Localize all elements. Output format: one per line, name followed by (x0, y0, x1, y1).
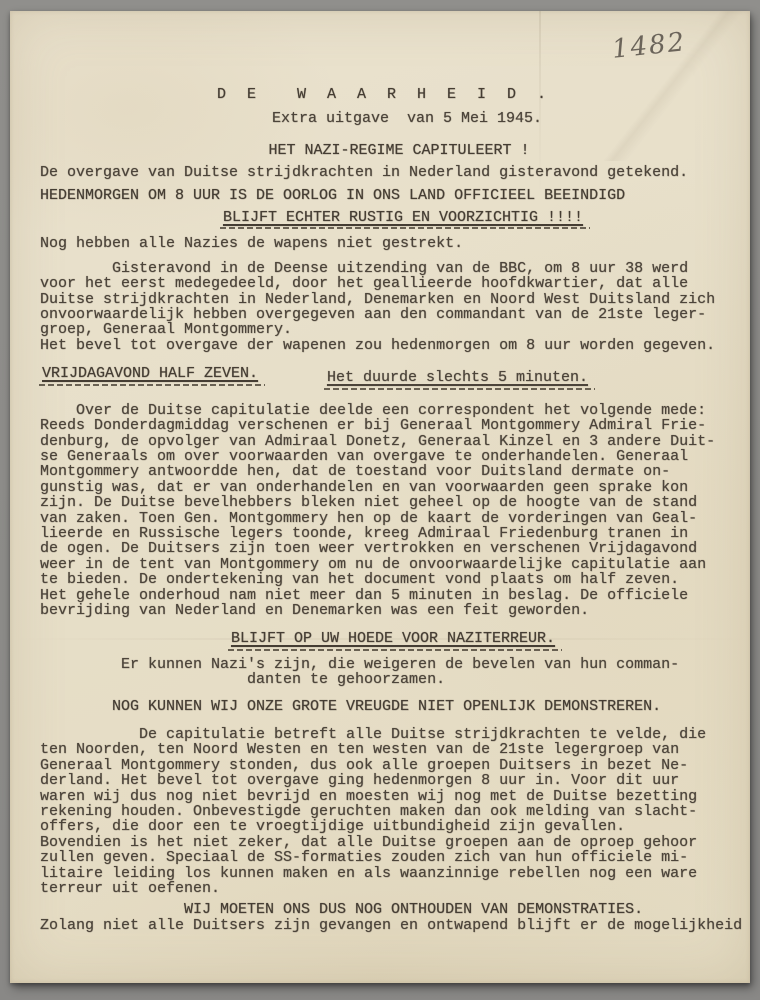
document-line: de ogen. De Duitsers zijn toen weer vert… (40, 541, 746, 556)
document-line: voor het eerst medegedeeld, door het gea… (40, 276, 746, 291)
document-line: derland. Het bevel tot overgave ging hed… (40, 773, 746, 788)
document-line: Generaal Montgommery stonden, dus ook al… (40, 758, 746, 773)
heading-friday-evening: VRIJDAGAVOND HALF ZEVEN. (42, 366, 258, 381)
document-line: gunstig was, dat er van onderhandelen en… (40, 480, 746, 495)
document-line: Er kunnen Nazi's zijn, die weigeren de b… (40, 657, 746, 672)
document-line: Reeds Donderdagmiddag verschenen er bij … (40, 418, 746, 433)
document-line: zullen geven. Speciaal de SS-formaties z… (40, 850, 746, 865)
document-line: Over de Duitse capitulatie deelde een co… (40, 403, 746, 418)
paragraph-capitulation-story: Over de Duitse capitulatie deelde een co… (40, 403, 746, 619)
paper-crease (539, 11, 541, 196)
document-line: terreur uit oefenen. (40, 881, 746, 896)
headline-war-ended: HEDENMORGEN OM 8 UUR IS DE OORLOG IN ONS… (40, 188, 746, 203)
document-line: Gisteravond in de Deense uitzending van … (40, 261, 746, 276)
closing-line: Zolang niet alle Duitsers zijn gevangen … (40, 918, 746, 933)
paragraph-occupation: De capitulatie betreft alle Duitse strij… (40, 727, 746, 896)
document-line: groep, Generaal Montgommery. (40, 322, 746, 337)
document-line: te bieden. De ondertekening van het docu… (40, 572, 746, 587)
headline-surrender-signed: De overgave van Duitse strijdkrachten in… (40, 165, 746, 180)
document-line: denburg, de opvolger van Admiraal Donetz… (40, 434, 746, 449)
document-line: weer in de tent van Montgommery om nu de… (40, 557, 746, 572)
note-weapons: Nog hebben alle Nazies de wapens niet ge… (40, 236, 746, 251)
document-line: Het gehele onderhoud nam niet meer dan 5… (40, 588, 746, 603)
heading-nazi-terror: BLIJFT OP UW HOEDE VOOR NAZITERREUR. (231, 631, 555, 646)
document-line: waren wij dus nog niet bevrijd en moeste… (40, 789, 746, 804)
order-line: Het bevel tot overgave der wapenen zou h… (40, 338, 746, 353)
paragraph-bbc-report: Gisteravond in de Deense uitzending van … (40, 261, 746, 338)
headline-stay-calm-wrap: BLIJFT ECHTER RUSTIG EN VOORZICHTIG !!!! (50, 210, 756, 225)
paragraph-warning: Er kunnen Nazi's zijn, die weigeren de b… (40, 657, 746, 688)
heading-five-minutes: Het duurde slechts 5 minuten. (327, 370, 588, 385)
document-line: zijn. De Duitse bevelhebbers bleken niet… (40, 495, 746, 510)
document-line: Montgommery antwoordde hen, dat de toest… (40, 464, 746, 479)
caps-line-no-joy: NOG KUNNEN WIJ ONZE GROTE VREUGDE NIET O… (40, 699, 746, 714)
document-line: se Generaals om over voorwaarden van ove… (40, 449, 746, 464)
document-line: van zaken. Toen Gen. Montgommery hen op … (40, 511, 746, 526)
document-line: offers, die door een te vroegtijdige uit… (40, 819, 746, 834)
document-line: Duitse strijdkrachten in Nederland, Dene… (40, 292, 746, 307)
document-line: Bovendien is het niet zeker, dat alle Du… (40, 835, 746, 850)
masthead-title: D E W A A R H E I D . (29, 87, 735, 102)
masthead-subtitle: Extra uitgave van 5 Mei 1945. (54, 111, 760, 126)
document-line: bevrijding van Nederland en Denemarken w… (40, 603, 746, 618)
caps-line-no-demonstrations: WIJ MOETEN ONS DUS NOG ONTHOUDEN VAN DEM… (40, 902, 746, 917)
headline-stay-calm: BLIJFT ECHTER RUSTIG EN VOORZICHTIG !!!! (223, 210, 583, 225)
document-line: litaire leiding los kunnen maken en als … (40, 866, 746, 881)
headline-capitulation: HET NAZI-REGIME CAPITULEERT ! (46, 143, 752, 158)
document-page: 1482 D E W A A R H E I D . Extra uitgave… (10, 11, 750, 983)
document-line: danten te gehoorzamen. (40, 672, 746, 687)
section-headers-row: VRIJDAGAVOND HALF ZEVEN. Het duurde slec… (40, 366, 746, 385)
document-line: ten Noorden, ten Noord Westen en ten wes… (40, 742, 746, 757)
